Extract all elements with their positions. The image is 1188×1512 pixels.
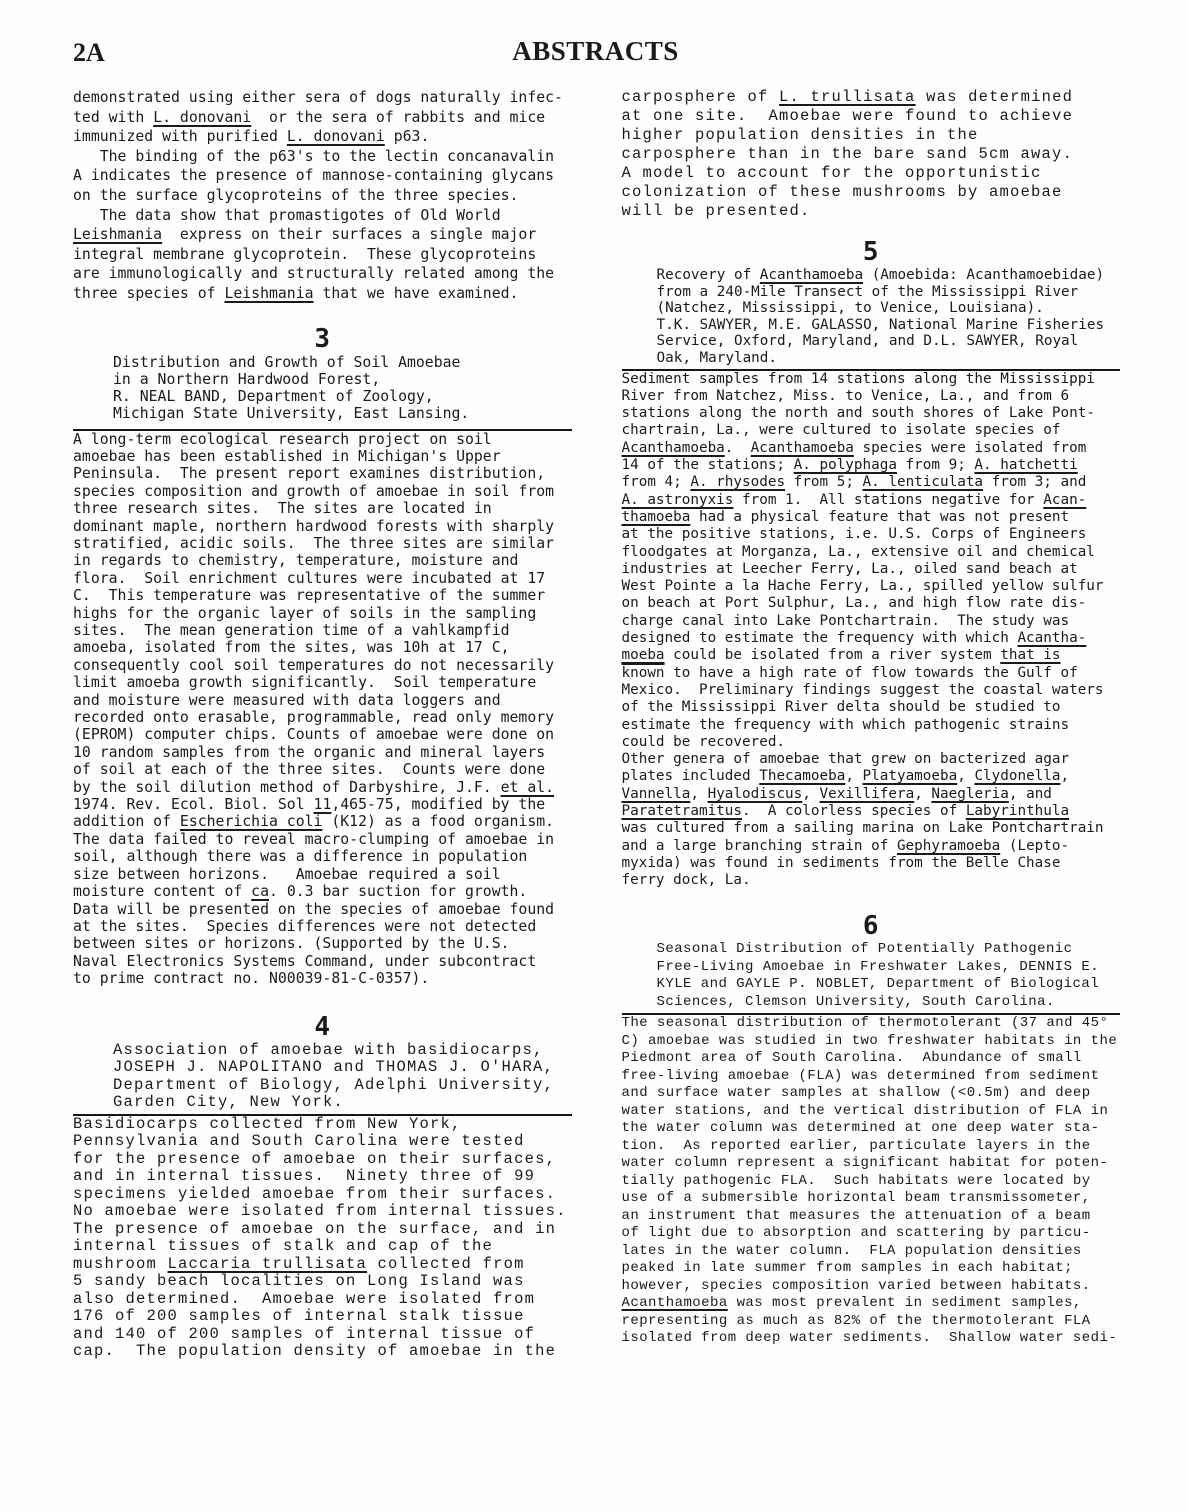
text-segment: A. hatchetti [974,457,1077,473]
text-segment: Naegleria [931,786,1008,802]
text-segment: Leishmania [73,226,162,243]
text-segment: from 9; [897,457,974,473]
abstract-3-number: 3 [73,324,572,354]
text-segment: thamoeba [622,509,691,525]
text-segment: , [802,786,819,802]
text-segment: carposphere of [622,88,780,106]
text-segment: Laccaria trullisata [168,1255,368,1273]
text-segment: Vexillifera [820,786,915,802]
text-segment: A. lenticulata [863,474,984,490]
text-segment: Acanthamoeba [622,440,725,456]
text-segment: Acantha- [1017,630,1086,646]
text-segment: . [725,440,751,456]
abstract-2-continued-text: demonstrated using either sera of dogs n… [73,88,572,304]
text-segment: A. astronyxis [622,492,734,508]
text-segment: , [845,768,862,784]
text-segment: 11 [314,796,332,813]
text-segment: . A colorless species of [742,803,966,819]
text-segment: Acanthamoeba [751,440,854,456]
text-segment: Acan- [1043,492,1086,508]
text-segment: et al. [501,779,554,796]
text-segment: Paratetramitus [622,803,743,819]
page-title: ABSTRACTS [73,36,1118,67]
text-segment: , and [1009,786,1052,802]
text-segment: ca [251,883,269,900]
abstract-3-body: A long-term ecological research project … [73,431,572,988]
text-segment: from 4; [622,474,691,490]
text-segment: L. donovani [153,109,251,126]
abstract-4-continued-text: carposphere of L. trullisata was determi… [622,88,1121,221]
abstract-4-body: Basidiocarps collected from New York, Pe… [73,1116,572,1361]
abstract-4-title: Association of amoebae with basidiocarps… [73,1042,572,1112]
text-segment: A. rhysodes [690,474,785,490]
page-header: 2A ABSTRACTS [73,36,1118,76]
abstract-4-number: 4 [73,1012,572,1042]
abstract-5-number: 5 [622,237,1121,267]
abstract-6-title: Seasonal Distribution of Potentially Pat… [622,941,1121,1011]
text-segment: Clydonella [974,768,1060,784]
text-segment: Acanthamoeba [760,267,863,283]
abstract-3-title: Distribution and Growth of Soil Amoebae … [73,354,572,422]
page-number: 2A [73,38,105,68]
text-segment: , [690,786,707,802]
text-segment: L. trullisata [779,88,916,106]
text-segment: Labyrinthula [966,803,1069,819]
text-segment: , [957,768,974,784]
text-segment: Seasonal Distribution of Potentially Pat… [657,941,1100,1010]
text-segment: Hyalodiscus [708,786,803,802]
text-segment: Thecamoeba [759,768,845,784]
abstract-6-number: 6 [622,911,1121,941]
text-segment: Association of amoebae with basidiocarps… [113,1041,554,1112]
text-segment: from 5; [785,474,862,490]
text-segment: 1974. Rev. Ecol. Biol. Sol [73,796,314,813]
text-segment: Distribution and Growth of Soil Amoebae … [113,354,469,422]
text-segment: A. polyphaga [794,457,897,473]
text-segment: Platyamoeba [863,768,958,784]
abstract-5-title: Recovery of Acanthamoeba (Amoebida: Acan… [622,267,1121,367]
text-segment: , [914,786,931,802]
text-segment: The seasonal distribution of thermotoler… [622,1015,1118,1294]
text-segment: to have a high rate of flow towards the … [622,665,1104,750]
text-segment: Basidiocarps collected from New York, Pe… [73,1115,567,1273]
text-segment: Sediment samples from 14 stations along … [622,371,1095,439]
text-segment: that is [1000,647,1060,663]
abstract-5-body: Sediment samples from 14 stations along … [622,371,1121,752]
text-segment: that we have examined. [314,285,519,302]
text-segment: moeba [622,647,665,663]
text-segment: A long-term ecological research project … [73,431,554,796]
two-column-layout: demonstrated using either sera of dogs n… [73,88,1120,1361]
right-column: carposphere of L. trullisata was determi… [622,88,1121,1361]
abstract-5-body-paragraph-2: Other genera of amoebae that grew on bac… [622,751,1121,889]
text-segment: L. donovani [287,128,385,145]
text-segment: Leishmania [224,285,313,302]
text-segment: from 3; and [983,474,1086,490]
abstract-6-body: The seasonal distribution of thermotoler… [622,1015,1121,1348]
text-segment: Gephyramoeba [897,838,1000,854]
text-segment: had a physical feature that was not pres… [622,509,1104,646]
text-segment: Escherichia coli [180,813,323,830]
text-segment: was determined at one site. Amoebae were… [622,88,1074,220]
text-segment: Vannella [622,786,691,802]
text-segment: could be isolated from a river system [665,647,1001,663]
text-segment: Recovery of [657,267,760,283]
text-segment: , [1061,768,1070,784]
text-segment: from 1. All stations negative for [733,492,1043,508]
abstracts-page: 2A ABSTRACTS demonstrated using either s… [0,0,1188,1512]
text-segment: Acanthamoeba [622,1295,728,1311]
text-segment: known [622,665,665,681]
left-column: demonstrated using either sera of dogs n… [73,88,572,1361]
